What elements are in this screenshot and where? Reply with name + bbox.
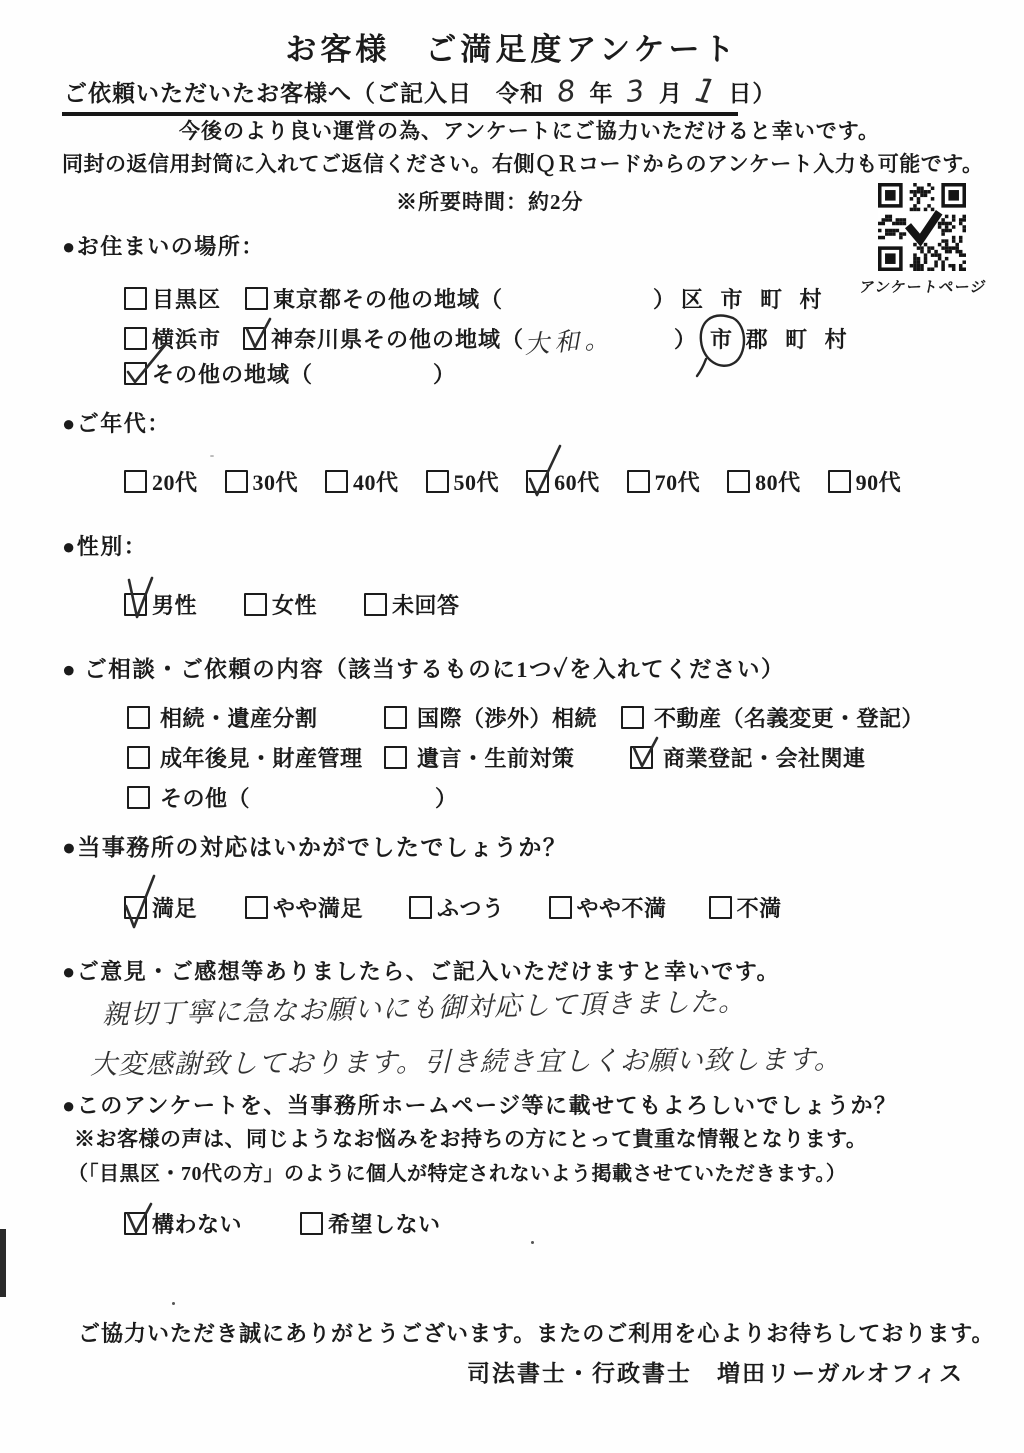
checkbox-consult-sonota[interactable] [127, 786, 150, 809]
checkbox-yaya-fuman[interactable] [549, 896, 572, 919]
checkbox-kanagawa-other[interactable] [243, 327, 266, 350]
residence-row-2: 横浜市 神奈川県その他の地域（ 大和。 ） 市 郡 町 村 [124, 320, 853, 356]
checkbox-female[interactable] [244, 593, 267, 616]
age-label-50s: 50代 [454, 466, 500, 497]
qr-code-label: アンケートページ [836, 276, 1010, 297]
handwritten-month: 3 [624, 73, 647, 109]
gender-option-female: 女性 [244, 589, 317, 620]
gender-option-noanswer: 未回答 [364, 589, 460, 620]
sat-label-yaya-manzoku: やや満足 [273, 892, 363, 923]
gender-option-male: 男性 [124, 589, 197, 620]
publish-options-row: 構わない 希望しない [124, 1208, 441, 1239]
handwritten-era-year: 8 [555, 73, 578, 109]
checkbox-label-tokyo-other: 東京都その他の地域（ [273, 283, 503, 314]
qr-code-svg [878, 183, 966, 271]
residence-row-3: その他の地域（ ） [124, 358, 456, 389]
age-heading: ●ご年代： [62, 407, 171, 438]
gender-heading: ●性別： [62, 530, 147, 561]
checkbox-souzoku[interactable] [127, 706, 150, 729]
age-option-20s: 20代 [124, 466, 198, 497]
intro-line-2: 同封の返信用封筒に入れてご返信ください。右側ＱＲコードからのアンケート入力も可能… [62, 148, 984, 178]
checkbox-age-80s[interactable] [727, 470, 750, 493]
consultation-heading: ● ご相談・ご依頼の内容（該当するものに1つ✓を入れてください） [62, 652, 785, 684]
checkbox-age-90s[interactable] [828, 470, 851, 493]
residence-heading: ●お住まいの場所： [62, 230, 265, 261]
sat-option-yaya-manzoku: やや満足 [245, 892, 363, 923]
sat-option-yaya-fuman: やや不満 [549, 892, 667, 923]
age-label-90s: 90代 [856, 466, 902, 497]
age-label-70s: 70代 [655, 466, 701, 497]
publish-option-kibou-shinai: 希望しない [300, 1208, 441, 1239]
checkbox-label-meguro: 目黒区 [152, 283, 221, 314]
day-label: 日） [728, 75, 776, 108]
handwritten-comment-line-1: 親切丁寧に急なお願いにも御対応して頂きました。 [102, 979, 747, 1031]
consult-label-sonota: その他（ [160, 782, 250, 813]
scan-speckle [172, 1302, 175, 1305]
qr-code [878, 183, 966, 271]
checkbox-kokusai[interactable] [384, 706, 407, 729]
consult-item-sonota: その他（） [127, 782, 458, 813]
checkbox-yokohama[interactable] [124, 327, 147, 350]
addressee-label: ご依頼いただいたお客様へ [64, 75, 352, 108]
checkbox-age-30s[interactable] [225, 470, 248, 493]
checkbox-label-kanagawa-other: 神奈川県その他の地域（ [271, 323, 524, 354]
consult-item-fudousan: 不動産（名義変更・登記） [621, 702, 924, 733]
scan-speckle [531, 1241, 534, 1244]
checkbox-shougyou[interactable] [630, 746, 653, 769]
year-label: 年 [589, 75, 613, 108]
checkbox-age-60s[interactable] [526, 470, 549, 493]
publish-note-1: ※お客様の声は、同じようなお悩みをお持ちの方にとって貴重な情報となります。 [74, 1123, 867, 1153]
handwritten-comment-line-2: 大変感謝致しております。引き続き宜しくお願い致します。 [90, 1037, 842, 1081]
checkbox-kibou-shinai[interactable] [300, 1212, 323, 1235]
time-required-note: ※所要時間：約2分 [396, 186, 584, 216]
scan-speckle [210, 455, 214, 457]
handwritten-circle-mark [693, 310, 749, 378]
age-option-60s: 60代 [526, 466, 600, 497]
age-option-80s: 80代 [727, 466, 801, 497]
checkbox-label-yokohama: 横浜市 [152, 323, 221, 354]
checkbox-age-40s[interactable] [325, 470, 348, 493]
age-label-60s: 60代 [554, 466, 600, 497]
consult-item-shougyou: 商業登記・会社関連 [630, 742, 866, 773]
consult-item-souzoku: 相続・遺産分割 [127, 702, 318, 733]
date-prefix: （ご記入日 令和 [352, 75, 544, 108]
satisfaction-options-row: 満足 やや満足 ふつう やや不満 不満 [124, 892, 782, 923]
month-label: 月 [659, 75, 683, 108]
sat-label-manzoku: 満足 [152, 892, 197, 923]
age-option-70s: 70代 [627, 466, 701, 497]
handwritten-day: 1 [692, 70, 719, 112]
gender-options-row: 男性 女性 未回答 [124, 589, 460, 620]
sat-label-yaya-fuman: やや不満 [577, 892, 667, 923]
footer-office-name: 司法書士・行政書士 増田リーガルオフィス [0, 1355, 964, 1388]
checkbox-yaya-manzoku[interactable] [245, 896, 268, 919]
kanagawa-suffix-rest: 郡 町 村 [746, 323, 853, 354]
checkbox-kamawanai[interactable] [124, 1212, 147, 1235]
checkbox-futsuu[interactable] [409, 896, 432, 919]
age-option-90s: 90代 [828, 466, 902, 497]
age-option-40s: 40代 [325, 466, 399, 497]
publish-option-kamawanai: 構わない [124, 1208, 242, 1239]
checkbox-manzoku[interactable] [124, 896, 147, 919]
sat-option-futsuu: ふつう [409, 892, 505, 923]
checkbox-other-area[interactable] [124, 362, 147, 385]
consult-sonota-close-paren: ） [435, 782, 458, 813]
publish-label-kibou-shinai: 希望しない [328, 1208, 441, 1239]
consult-label-souzoku: 相続・遺産分割 [160, 702, 318, 733]
age-label-30s: 30代 [253, 466, 299, 497]
sat-option-manzoku: 満足 [124, 892, 197, 923]
kanagawa-city-suffix: 市 [701, 323, 742, 354]
checkbox-noanswer[interactable] [364, 593, 387, 616]
checkbox-kouken[interactable] [127, 746, 150, 769]
age-label-80s: 80代 [755, 466, 801, 497]
intro-line-1: 今後のより良い運営の為、アンケートにご協力いただけると幸いです。 [179, 115, 880, 145]
checkbox-age-70s[interactable] [627, 470, 650, 493]
form-title: お客様 ご満足度アンケート [0, 24, 1024, 69]
consult-label-kokusai: 国際（渉外）相続 [417, 702, 597, 733]
satisfaction-heading: ●当事務所の対応はいかがでしたでしょうか？ [62, 829, 567, 862]
age-label-40s: 40代 [353, 466, 399, 497]
checkbox-meguro[interactable] [124, 287, 147, 310]
handwritten-city-name: 大和。 [523, 315, 675, 361]
checkbox-male[interactable] [124, 593, 147, 616]
sat-label-fuman: 不満 [737, 892, 782, 923]
age-options-row: 20代 30代 40代 50代 60代 70代 80代 90代 [124, 466, 901, 497]
consult-item-yuigon: 遺言・生前対策 [384, 742, 575, 773]
checkbox-age-50s[interactable] [426, 470, 449, 493]
footer-thanks: ご協力いただき誠にありがとうございます。またのご利用を心よりお待ちしております。 [78, 1317, 994, 1348]
consult-item-kokusai: 国際（渉外）相続 [384, 702, 597, 733]
checkbox-label-other-area: その他の地域（ [152, 358, 313, 389]
age-option-30s: 30代 [225, 466, 299, 497]
sat-option-fuman: 不満 [709, 892, 782, 923]
checkbox-yuigon[interactable] [384, 746, 407, 769]
checkbox-tokyo-other[interactable] [245, 287, 268, 310]
consult-label-shougyou: 商業登記・会社関連 [663, 742, 866, 773]
gender-label-male: 男性 [152, 589, 197, 620]
checkbox-age-20s[interactable] [124, 470, 147, 493]
form-subtitle-row: ご依頼いただいたお客様へ（ご記入日 令和 8 年 3 月 1 日） [64, 74, 776, 108]
consult-label-kouken: 成年後見・財産管理 [160, 742, 363, 773]
consult-label-yuigon: 遺言・生前対策 [417, 742, 575, 773]
survey-form-scan: お客様 ご満足度アンケート ご依頼いただいたお客様へ（ご記入日 令和 8 年 3… [0, 0, 1024, 1453]
consult-item-kouken: 成年後見・財産管理 [127, 742, 363, 773]
age-option-50s: 50代 [426, 466, 500, 497]
gender-label-female: 女性 [272, 589, 317, 620]
consult-label-fudousan: 不動産（名義変更・登記） [654, 702, 924, 733]
publish-label-kamawanai: 構わない [152, 1208, 242, 1239]
checkbox-fuman[interactable] [709, 896, 732, 919]
other-area-close-paren: ） [433, 358, 456, 389]
publish-note-2: （「目黒区・70代の方」のように個人が特定されないよう掲載させていただきます。） [68, 1157, 846, 1186]
age-label-20s: 20代 [152, 466, 198, 497]
gender-label-noanswer: 未回答 [392, 589, 460, 620]
sat-label-futsuu: ふつう [437, 892, 505, 923]
checkbox-fudousan[interactable] [621, 706, 644, 729]
scan-edge-artifact [0, 1229, 6, 1297]
publish-heading: ●このアンケートを、当事務所ホームページ等に載せてもよろしいでしょうか？ [62, 1089, 898, 1120]
